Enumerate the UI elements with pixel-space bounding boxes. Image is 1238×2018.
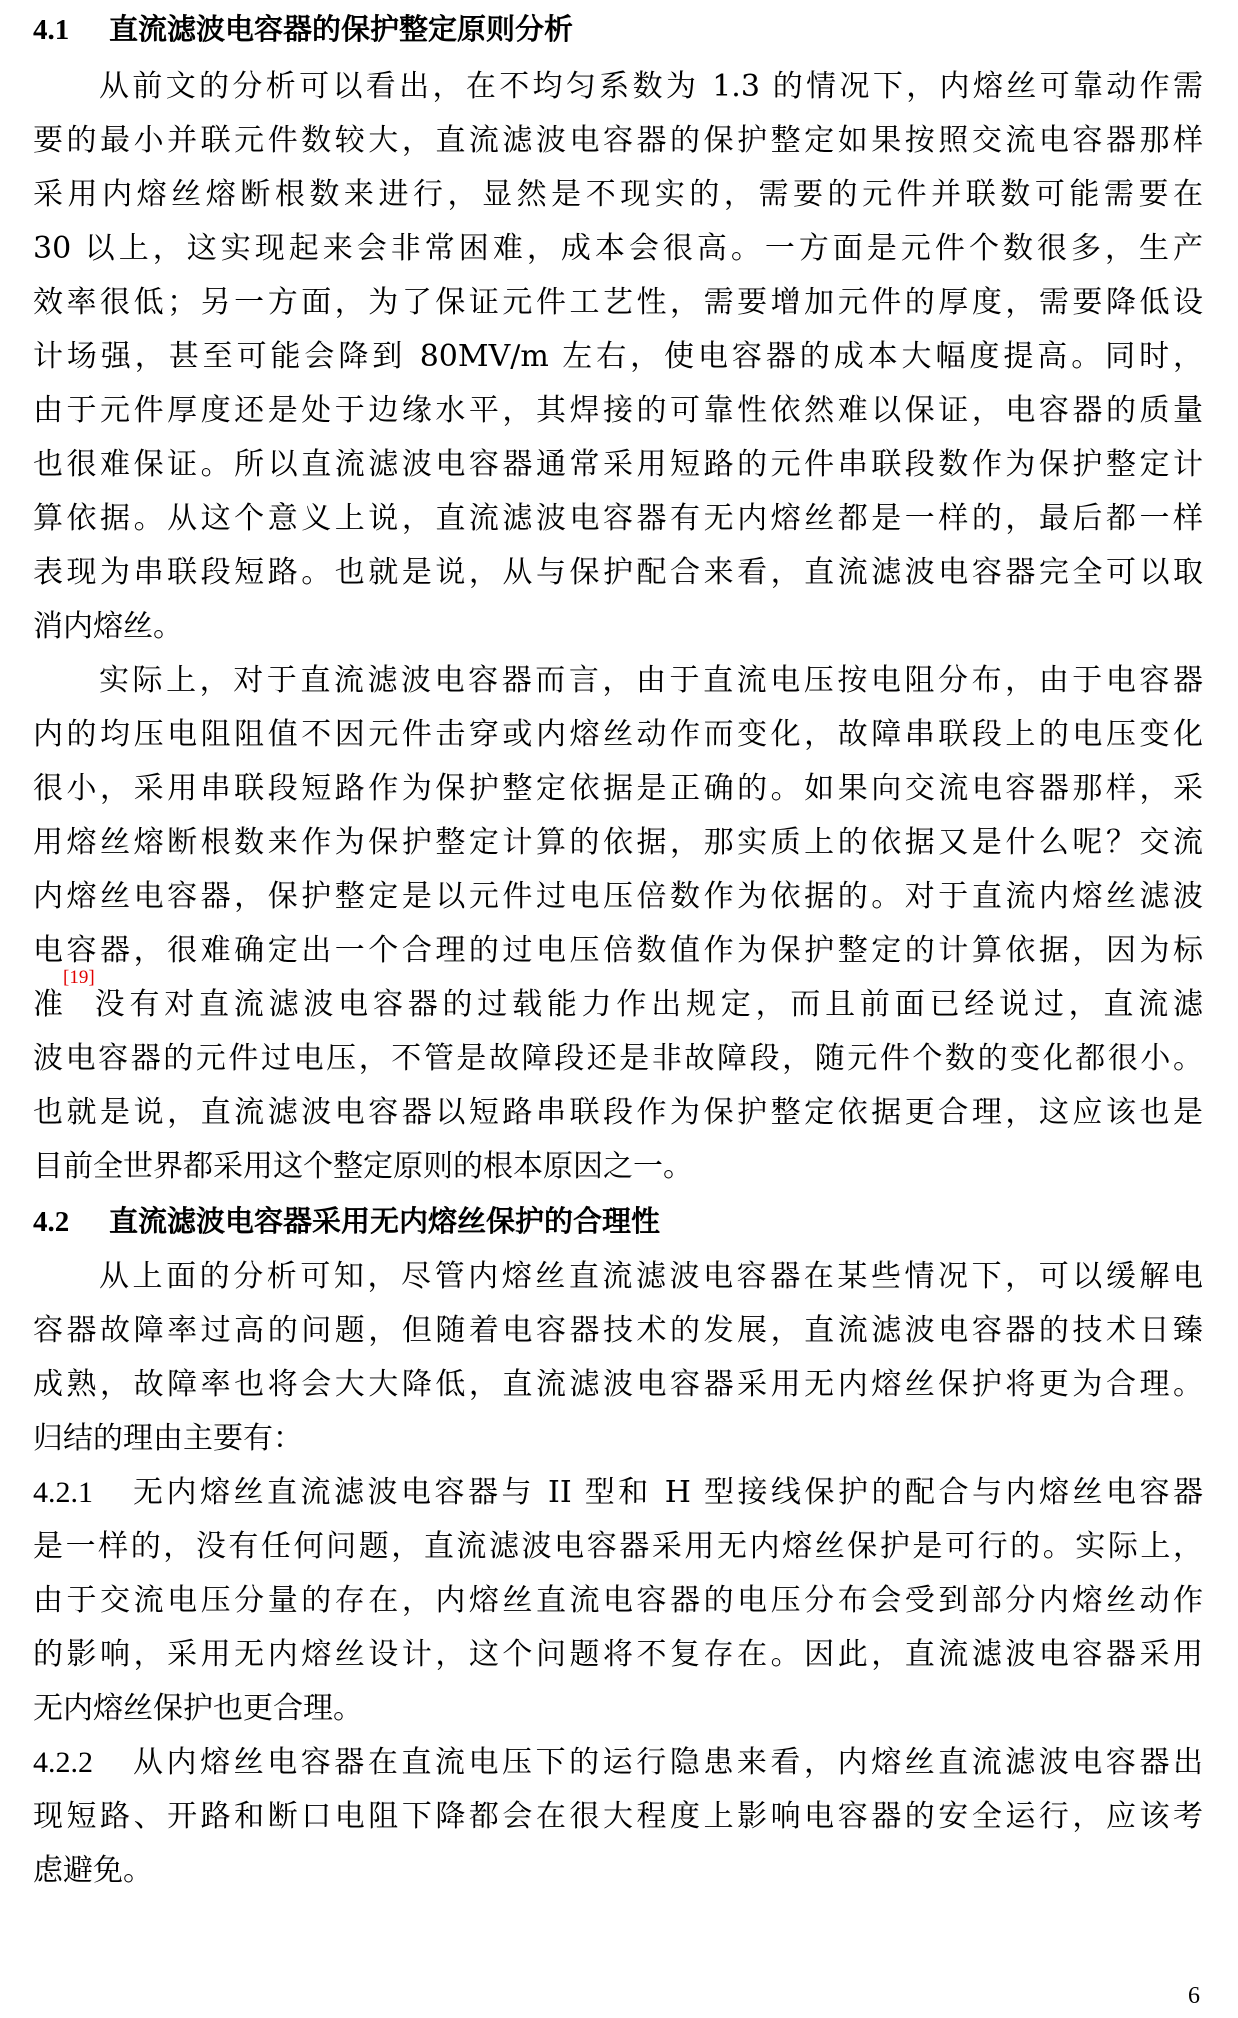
paragraph-line: 无内熔丝直流滤波电容器与 II 型和 H 型接线保护的配合与内熔丝电容器 [133,1466,1203,1520]
paragraph-line: 表现为串联段短路。也就是说，从与保护配合来看，直流滤波电容器完全可以取 [33,546,1203,600]
paragraph-line: 计场强，甚至可能会降到 80MV/m 左右，使电容器的成本大幅度提高。同时， [33,330,1203,384]
paragraph-line: 由于交流电压分量的存在，内熔丝直流电容器的电压分布会受到部分内熔丝动作 [33,1574,1203,1628]
paragraph-line: 从上面的分析可知，尽管内熔丝直流滤波电容器在某些情况下，可以缓解电 [33,1250,1203,1304]
paragraph-line: 消内熔丝。 [33,600,183,654]
paragraph-line: 也就是说，直流滤波电容器以短路串联段作为保护整定依据更合理，这应该也是 [33,1086,1203,1140]
paragraph-line: 效率很低；另一方面，为了保证元件工艺性，需要增加元件的厚度，需要降低设 [33,276,1203,330]
subsection-4-2-2-first-line: 4.2.2从内熔丝电容器在直流电压下的运行隐患来看，内熔丝直流滤波电容器出 [33,1736,1203,1790]
paragraph-line: 容器故障率过高的问题，但随着电容器技术的发展，直流滤波电容器的技术日臻 [33,1304,1203,1358]
line-rest: 没有对直流滤波电容器的过载能力作出规定，而且前面已经说过，直流滤 [95,978,1203,1032]
paragraph-line: 内的均压电阻阻值不因元件击穿或内熔丝动作而变化，故障串联段上的电压变化 [33,708,1203,762]
paragraph-line-with-citation: 准[19]没有对直流滤波电容器的过载能力作出规定，而且前面已经说过，直流滤 [33,978,1203,1032]
subsection-4-2-1-first-line: 4.2.1无内熔丝直流滤波电容器与 II 型和 H 型接线保护的配合与内熔丝电容… [33,1466,1203,1520]
page-number: 6 [1188,1983,1200,2010]
section-number: 4.1 [33,3,109,57]
paragraph-line: 30 以上，这实现起来会非常困难，成本会很高。一方面是元件个数很多，生产 [33,222,1203,276]
paragraph-line: 现短路、开路和断口电阻下降都会在很大程度上影响电容器的安全运行，应该考 [33,1790,1203,1844]
paragraph-line: 从内熔丝电容器在直流电压下的运行隐患来看，内熔丝直流滤波电容器出 [133,1736,1203,1790]
paragraph-line: 电容器，很难确定出一个合理的过电压倍数值作为保护整定的计算依据，因为标 [33,924,1203,978]
paragraph-line: 实际上，对于直流滤波电容器而言，由于直流电压按电阻分布，由于电容器 [33,654,1203,708]
subsection-number: 4.2.1 [33,1466,133,1520]
paragraph-line: 归结的理由主要有： [33,1412,303,1466]
section-heading-4-2: 4.2直流滤波电容器采用无内熔丝保护的合理性 [33,1194,660,1248]
paragraph-line: 由于元件厚度还是处于边缘水平，其焊接的可靠性依然难以保证，电容器的质量 [33,384,1203,438]
paragraph-line: 要的最小并联元件数较大，直流滤波电容器的保护整定如果按照交流电容器那样 [33,114,1203,168]
section-number: 4.2 [33,1195,109,1249]
paragraph-line: 也很难保证。所以直流滤波电容器通常采用短路的元件串联段数作为保护整定计 [33,438,1203,492]
paragraph-line: 采用内熔丝熔断根数来进行，显然是不现实的，需要的元件并联数可能需要在 [33,168,1203,222]
paragraph-line: 是一样的，没有任何问题，直流滤波电容器采用无内熔丝保护是可行的。实际上， [33,1520,1203,1574]
paragraph-line: 虑避免。 [33,1844,153,1898]
paragraph-line: 目前全世界都采用这个整定原则的根本原因之一。 [33,1140,693,1194]
paragraph-line: 内熔丝电容器，保护整定是以元件过电压倍数作为依据的。对于直流内熔丝滤波 [33,870,1203,924]
line-prefix: 准 [33,978,63,1032]
section-heading-4-1: 4.1直流滤波电容器的保护整定原则分析 [33,2,573,56]
paragraph-line: 波电容器的元件过电压，不管是故障段还是非故障段，随元件个数的变化都很小。 [33,1032,1203,1086]
paragraph-line: 的影响，采用无内熔丝设计，这个问题将不复存在。因此，直流滤波电容器采用 [33,1628,1203,1682]
paragraph-line: 用熔丝熔断根数来作为保护整定计算的依据，那实质上的依据又是什么呢？交流 [33,816,1203,870]
paragraph-line: 算依据。从这个意义上说，直流滤波电容器有无内熔丝都是一样的，最后都一样 [33,492,1203,546]
subsection-number: 4.2.2 [33,1736,133,1790]
section-title: 直流滤波电容器的保护整定原则分析 [109,12,573,46]
citation-link[interactable]: [19] [63,978,95,1032]
section-title: 直流滤波电容器采用无内熔丝保护的合理性 [109,1204,660,1238]
paragraph-line: 无内熔丝保护也更合理。 [33,1682,363,1736]
paragraph-line: 成熟，故障率也将会大大降低，直流滤波电容器采用无内熔丝保护将更为合理。 [33,1358,1203,1412]
paragraph-line: 从前文的分析可以看出，在不均匀系数为 1.3 的情况下，内熔丝可靠动作需 [33,60,1203,114]
paragraph-line: 很小，采用串联段短路作为保护整定依据是正确的。如果向交流电容器那样，采 [33,762,1203,816]
